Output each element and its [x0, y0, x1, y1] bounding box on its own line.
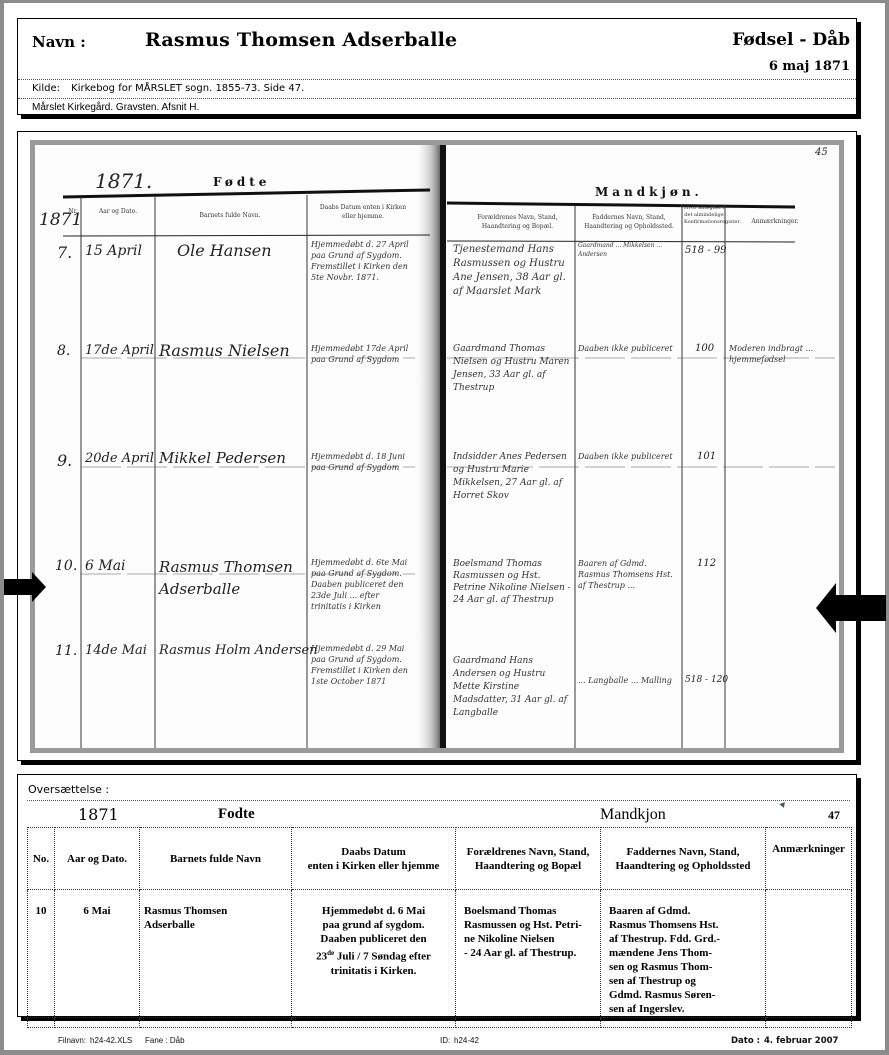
- col-header-date: Aar og Dato.: [55, 828, 140, 890]
- col-header-baptism-date: Daabs Datum enten i Kirken eller hjemme: [292, 828, 456, 890]
- scan-row-parents: Tjenestemand Hans Rasmussen og Hustru An…: [453, 243, 573, 299]
- arrow-right-icon: [4, 572, 46, 602]
- scan-row-baptism: Hjemmedøbt d. 6te Mai paa Grund af Sygdo…: [311, 557, 415, 612]
- empty-cell: [55, 1018, 140, 1028]
- col-header-child-name: Barnets fulde Navn: [140, 828, 292, 890]
- cell-parents: Boelsmand Thomas Rasmussen og Hst. Petri…: [456, 890, 601, 1018]
- scan-row-register: 518 - 99: [685, 245, 727, 256]
- scan-row-date: 15 April: [85, 243, 142, 259]
- footer-date: 4. februar 2007: [764, 1036, 838, 1046]
- scan-col-nr: Nr.: [65, 207, 81, 216]
- scan-row-parents: Gaardmand Hans Andersen og Hustru Mette …: [453, 655, 573, 720]
- scan-row-date: 14de Mai: [85, 643, 147, 658]
- scan-row-name: Mikkel Pedersen: [159, 449, 286, 467]
- cell-child-name: Rasmus Thomsen Adserballe: [140, 890, 292, 1018]
- footer-sheet: Fane : Dåb: [145, 1036, 185, 1045]
- empty-cell: [140, 1018, 292, 1028]
- translation-label: Oversættelse :: [28, 783, 109, 796]
- scan-row-date: 6 Mai: [85, 558, 126, 574]
- scan-row-nr: 8.: [57, 343, 70, 359]
- table-header-row: No. Aar og Dato. Barnets fulde Navn Daab…: [28, 828, 852, 890]
- arrow-left-icon: [816, 583, 886, 633]
- source-line: Kilde: Kirkebog for MÅRSLET sogn. 1855-7…: [32, 83, 304, 94]
- grave-text: Mårslet Kirkegård. Gravsten. Afsnit H.: [32, 102, 199, 113]
- footer-id-label: ID:: [440, 1036, 450, 1045]
- scan-row-register: 101: [697, 451, 716, 462]
- scan-row-nr: 11.: [55, 643, 77, 659]
- scan-row-parents: Gaardmand Thomas Nielsen og Hustru Maren…: [453, 343, 573, 395]
- cell-godparents: Baaren af Gdmd. Rasmus Thomsens Hst. af …: [601, 890, 766, 1018]
- scan-row-baptism: Hjemmedøbt d. 29 Mai paa Grund af Sygdom…: [311, 643, 415, 687]
- cell-date: 6 Mai: [55, 890, 140, 1018]
- scan-row-nr: 7.: [57, 243, 72, 262]
- scan-row-nr: 9.: [57, 451, 72, 470]
- col-header-parents: Forældrenes Navn, Stand, Haandtering og …: [456, 828, 601, 890]
- source-text: Kirkebog for MÅRSLET sogn. 1855-73. Side…: [71, 83, 304, 94]
- scan-row-parents: Indsidder Anes Pedersen og Hustru Marie …: [453, 451, 573, 503]
- scan-col-parents: Forældrenes Navn, Stand, Haandtering og …: [465, 213, 570, 231]
- empty-cell: [601, 1018, 766, 1028]
- scan-row-godparents: ... Langballe ... Malling: [578, 675, 678, 686]
- translation-gender: Mandkjon: [600, 806, 666, 824]
- table-row: 10 6 Mai Rasmus Thomsen Adserballe Hjemm…: [28, 890, 852, 1018]
- col-header-godparents: Faddernes Navn, Stand, Haandtering og Op…: [601, 828, 766, 890]
- footer-date-label: Dato :: [731, 1036, 760, 1046]
- header-panel: Navn : Rasmus Thomsen Adserballe Fødsel …: [17, 18, 857, 115]
- cell-remarks: [766, 890, 852, 1018]
- scan-row-name: Ole Hansen: [177, 241, 272, 260]
- scan-row-godparents: Daaben ikke publiceret: [578, 343, 678, 354]
- scan-row-register: 112: [697, 558, 716, 569]
- event-type: Fødsel - Dåb: [732, 30, 850, 50]
- col-header-remarks: Anmærkninger: [766, 828, 852, 890]
- scan-col-godparents: Faddernes Navn, Stand, Haandtering og Op…: [578, 213, 680, 231]
- scan-row-name: Rasmus Holm Andersen: [159, 643, 318, 658]
- scan-row-date: 20de April: [85, 451, 154, 466]
- translation-page-number: 47: [828, 808, 840, 823]
- empty-cell: [766, 1018, 852, 1028]
- scan-row-name: Rasmus Nielsen: [159, 341, 290, 360]
- scan-row-godparents: Gaardmand ... Mikkelsen ... Andersen: [578, 241, 682, 259]
- footer-id: h24-42: [454, 1036, 479, 1045]
- divider: [18, 79, 856, 80]
- scan-row-godparents: Daaben ikke publiceret: [578, 451, 678, 462]
- scan-row-parents: Boelsmand Thomas Rasmussen og Hst. Petri…: [453, 558, 573, 606]
- scan-year: 1871.: [95, 169, 152, 193]
- translation-table: No. Aar og Dato. Barnets fulde Navn Daab…: [27, 827, 852, 1028]
- church-book-scan-panel: 45 1871. Fødte Mandkjøn. 1871 Nr. Aar og…: [17, 131, 857, 761]
- church-book-scan-image: 45 1871. Fødte Mandkjøn. 1871 Nr. Aar og…: [30, 140, 844, 753]
- scan-row-baptism: Hjemmedøbt 17de April paa Grund af Sygdo…: [311, 343, 415, 365]
- empty-cell: [292, 1018, 456, 1028]
- scan-row-register: 518 - 120: [685, 675, 728, 685]
- scan-col-register: Hvor antegnet i det almindelige Konfirma…: [684, 205, 724, 226]
- table-row-empty: [28, 1018, 852, 1028]
- translation-panel: Oversættelse : 1871 Fodte Mandkjon 47 No…: [17, 774, 857, 1017]
- empty-cell: [456, 1018, 601, 1028]
- footer-filename: h24-42.XLS: [90, 1036, 132, 1045]
- cell-baptism: Hjemmedøbt d. 6 Mai paa grund af sygdom.…: [292, 890, 456, 1018]
- cell-no: 10: [28, 890, 55, 1018]
- person-name: Rasmus Thomsen Adserballe: [145, 29, 457, 51]
- translation-title: Fodte: [218, 806, 255, 823]
- scan-row-baptism: Hjemmedøbt d. 18 Juni paa Grund af Sygdo…: [311, 451, 415, 473]
- scan-row-register: 100: [695, 343, 714, 354]
- scan-right-title: Mandkjøn.: [595, 185, 703, 199]
- scan-row-remarks: Moderen indbragt ... hjemmefødsel: [729, 343, 837, 365]
- scan-col-remarks: Anmærkninger.: [735, 217, 815, 226]
- scan-left-title: Fødte: [213, 175, 270, 189]
- empty-cell: [28, 1018, 55, 1028]
- scan-col-name: Barnets fulde Navn.: [160, 211, 300, 220]
- baptism-ordinal: de: [327, 949, 334, 957]
- scan-col-date: Aar og Dato.: [85, 207, 151, 216]
- footer-filename-label: Filnavn:: [58, 1036, 86, 1045]
- name-label: Navn :: [32, 33, 86, 51]
- divider: [18, 98, 856, 99]
- scan-row-date: 17de April: [85, 343, 154, 358]
- scan-row-nr: 10.: [55, 558, 77, 574]
- event-date: 6 maj 1871: [769, 59, 850, 74]
- scan-page-number: 45: [815, 147, 828, 158]
- source-label: Kilde:: [32, 83, 60, 94]
- translation-year: 1871: [78, 805, 119, 824]
- col-header-no: No.: [28, 828, 55, 890]
- baptism-text-2: Juli / 7 Søndag efter trinitatis i Kirke…: [331, 951, 431, 977]
- comment-marker-icon: [779, 802, 786, 809]
- scan-row-baptism: Hjemmedøbt d. 27 April paa Grund af Sygd…: [311, 239, 415, 283]
- ledger-lines: [35, 145, 839, 748]
- scan-col-baptism: Daabs Datum enten i Kirken eller hjemme.: [313, 203, 413, 221]
- divider: [27, 800, 850, 801]
- scan-row-godparents: Baaren af Gdmd. Rasmus Thomsens Hst. af …: [578, 558, 678, 591]
- scan-row-name: Rasmus Thomsen Adserballe: [159, 556, 304, 600]
